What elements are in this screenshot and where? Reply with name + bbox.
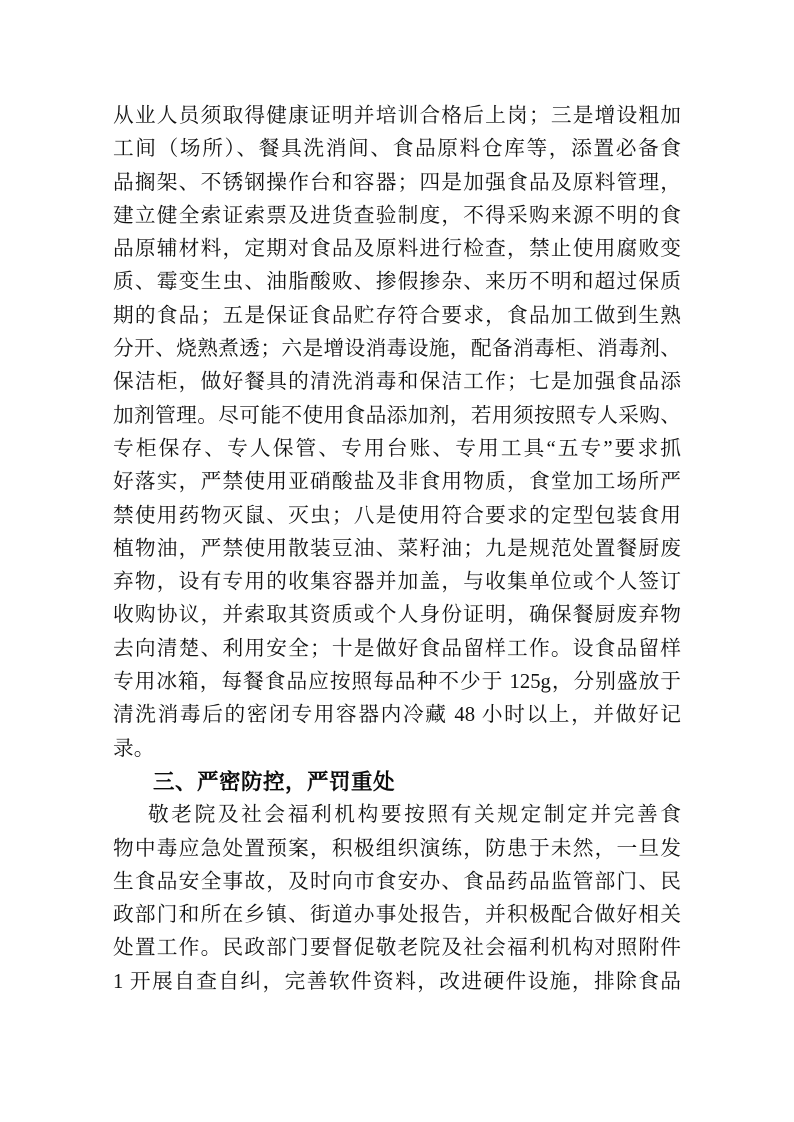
text-line: 生食品安全事故，及时向市食安办、食品药品监管部门、民: [113, 866, 681, 899]
text-line: 品搁架、不锈钢操作台和容器；四是加强食品及原料管理，: [113, 167, 681, 200]
text-line: 期的食品；五是保证食品贮存符合要求，食品加工做到生熟: [113, 300, 681, 333]
text-line: 植物油，严禁使用散装豆油、菜籽油；九是规范处置餐厨废: [113, 533, 681, 566]
document-text-block: 从业人员须取得健康证明并培训合格后上岗；三是增设粗加工间（场所）、餐具洗消间、食…: [113, 100, 681, 999]
text-line: 质、霉变生虫、油脂酸败、掺假掺杂、来历不明和超过保质: [113, 266, 681, 299]
text-line: 录。: [113, 733, 681, 766]
text-line: 收购协议，并索取其资质或个人身份证明，确保餐厨废弃物: [113, 599, 681, 632]
text-line: 好落实，严禁使用亚硝酸盐及非食用物质，食堂加工场所严: [113, 466, 681, 499]
text-line: 工间（场所）、餐具洗消间、食品原料仓库等，添置必备食: [113, 133, 681, 166]
text-line: 从业人员须取得健康证明并培训合格后上岗；三是增设粗加: [113, 100, 681, 133]
text-line: 清洗消毒后的密闭专用容器内冷藏 48 小时以上，并做好记: [113, 699, 681, 732]
text-line: 处置工作。民政部门要督促敬老院及社会福利机构对照附件: [113, 932, 681, 965]
body-paragraph-continuation: 从业人员须取得健康证明并培训合格后上岗；三是增设粗加工间（场所）、餐具洗消间、食…: [113, 100, 681, 766]
section-heading: 三、严密防控，严罚重处: [113, 766, 681, 799]
text-line: 分开、烧熟煮透；六是增设消毒设施，配备消毒柜、消毒剂、: [113, 333, 681, 366]
text-line: 敬老院及社会福利机构要按照有关规定制定并完善食: [113, 799, 681, 832]
text-line: 禁使用药物灭鼠、灭虫；八是使用符合要求的定型包装食用: [113, 500, 681, 533]
text-line: 物中毒应急处置预案，积极组织演练，防患于未然，一旦发: [113, 833, 681, 866]
text-line: 政部门和所在乡镇、街道办事处报告，并积极配合做好相关: [113, 899, 681, 932]
text-line: 品原辅材料，定期对食品及原料进行检查，禁止使用腐败变: [113, 233, 681, 266]
text-line: 弃物，设有专用的收集容器并加盖，与收集单位或个人签订: [113, 566, 681, 599]
document-page: 从业人员须取得健康证明并培训合格后上岗；三是增设粗加工间（场所）、餐具洗消间、食…: [0, 0, 794, 1122]
body-paragraph: 敬老院及社会福利机构要按照有关规定制定并完善食物中毒应急处置预案，积极组织演练，…: [113, 799, 681, 999]
text-line: 专柜保存、专人保管、专用台账、专用工具“五专”要求抓: [113, 433, 681, 466]
text-line: 建立健全索证索票及进货查验制度，不得采购来源不明的食: [113, 200, 681, 233]
text-line: 保洁柜，做好餐具的清洗消毒和保洁工作；七是加强食品添: [113, 366, 681, 399]
text-line: 加剂管理。尽可能不使用食品添加剂，若用须按照专人采购、: [113, 400, 681, 433]
text-line: 1 开展自查自纠，完善软件资料，改进硬件设施，排除食品: [113, 966, 681, 999]
text-line: 专用冰箱，每餐食品应按照每品种不少于 125g，分别盛放于: [113, 666, 681, 699]
text-line: 去向清楚、利用安全；十是做好食品留样工作。设食品留样: [113, 633, 681, 666]
